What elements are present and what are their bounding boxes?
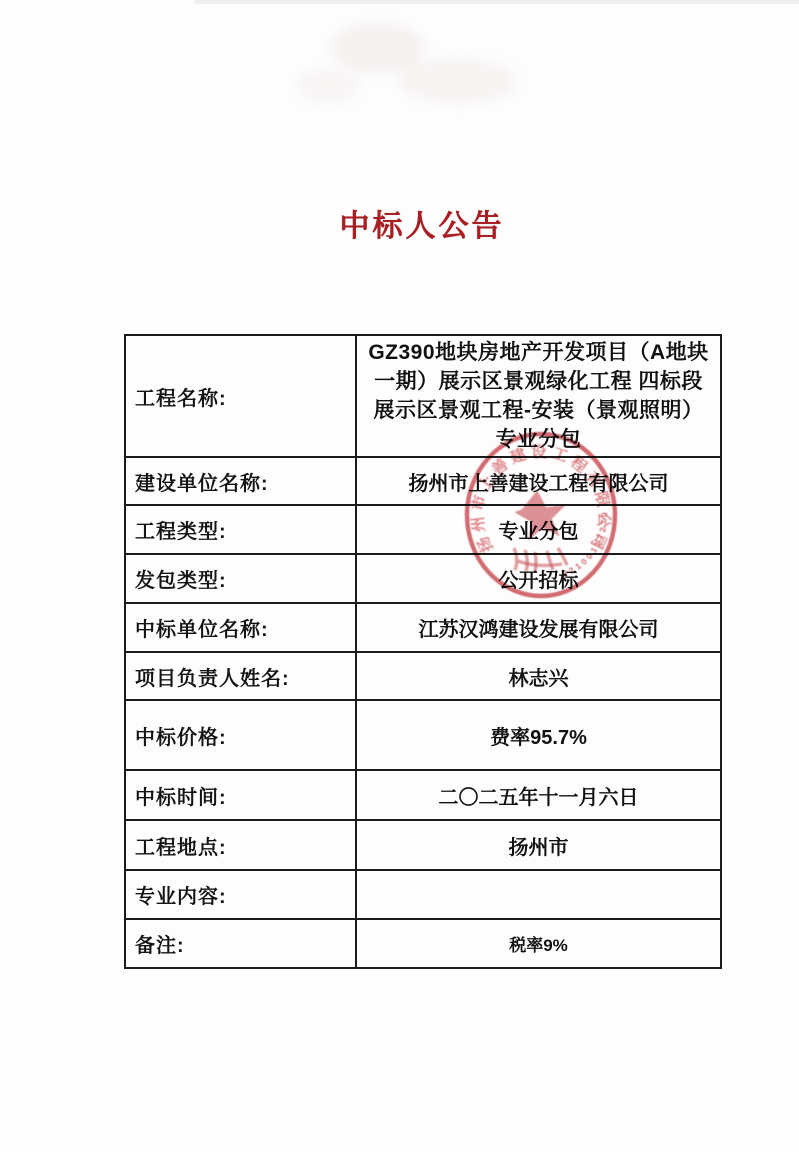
table-row: 工程地点: 扬州市 bbox=[125, 820, 721, 870]
row-label: 发包类型: bbox=[125, 554, 356, 603]
row-label: 中标时间: bbox=[125, 770, 356, 820]
row-value: 费率95.7% bbox=[356, 700, 721, 770]
row-label: 备注: bbox=[125, 919, 356, 968]
row-value: 税率9% bbox=[356, 919, 721, 968]
ink-bleed-ghost bbox=[398, 58, 518, 104]
table-row: 工程类型: 专业分包 bbox=[125, 505, 721, 554]
row-label: 建设单位名称: bbox=[125, 457, 356, 505]
row-label: 工程类型: bbox=[125, 505, 356, 554]
row-value: 公开招标 bbox=[356, 554, 721, 603]
table-row: 建设单位名称: 扬州市上善建设工程有限公司 bbox=[125, 457, 721, 505]
table-row: 工程名称: GZ390地块房地产开发项目（A地块一期）展示区景观绿化工程 四标段… bbox=[125, 335, 721, 457]
row-value bbox=[356, 870, 721, 919]
row-label: 专业内容: bbox=[125, 870, 356, 919]
row-label: 中标单位名称: bbox=[125, 603, 356, 652]
ink-bleed-ghost bbox=[296, 68, 360, 104]
row-label: 项目负责人姓名: bbox=[125, 652, 356, 700]
announcement-table: 工程名称: GZ390地块房地产开发项目（A地块一期）展示区景观绿化工程 四标段… bbox=[124, 334, 722, 969]
table-row: 中标时间: 二〇二五年十一月六日 bbox=[125, 770, 721, 820]
table-row: 备注: 税率9% bbox=[125, 919, 721, 968]
table-row: 中标单位名称: 江苏汉鸿建设发展有限公司 bbox=[125, 603, 721, 652]
table-row: 专业内容: bbox=[125, 870, 721, 919]
row-value: GZ390地块房地产开发项目（A地块一期）展示区景观绿化工程 四标段 展示区景观… bbox=[356, 335, 721, 457]
row-value: 扬州市上善建设工程有限公司 bbox=[356, 457, 721, 505]
table-row: 中标价格: 费率95.7% bbox=[125, 700, 721, 770]
scan-edge-artifact bbox=[195, 0, 799, 4]
scanned-announcement-page: { "page": { "title": "中标人公告", "title_col… bbox=[0, 0, 799, 1152]
row-label: 中标价格: bbox=[125, 700, 356, 770]
row-label: 工程地点: bbox=[125, 820, 356, 870]
row-label: 工程名称: bbox=[125, 335, 356, 457]
row-value: 江苏汉鸿建设发展有限公司 bbox=[356, 603, 721, 652]
table-row: 发包类型: 公开招标 bbox=[125, 554, 721, 603]
row-value: 林志兴 bbox=[356, 652, 721, 700]
row-value: 扬州市 bbox=[356, 820, 721, 870]
row-value: 专业分包 bbox=[356, 505, 721, 554]
table-row: 项目负责人姓名: 林志兴 bbox=[125, 652, 721, 700]
ink-bleed-ghost bbox=[330, 22, 425, 74]
row-value: 二〇二五年十一月六日 bbox=[356, 770, 721, 820]
page-title: 中标人公告 bbox=[124, 201, 720, 245]
